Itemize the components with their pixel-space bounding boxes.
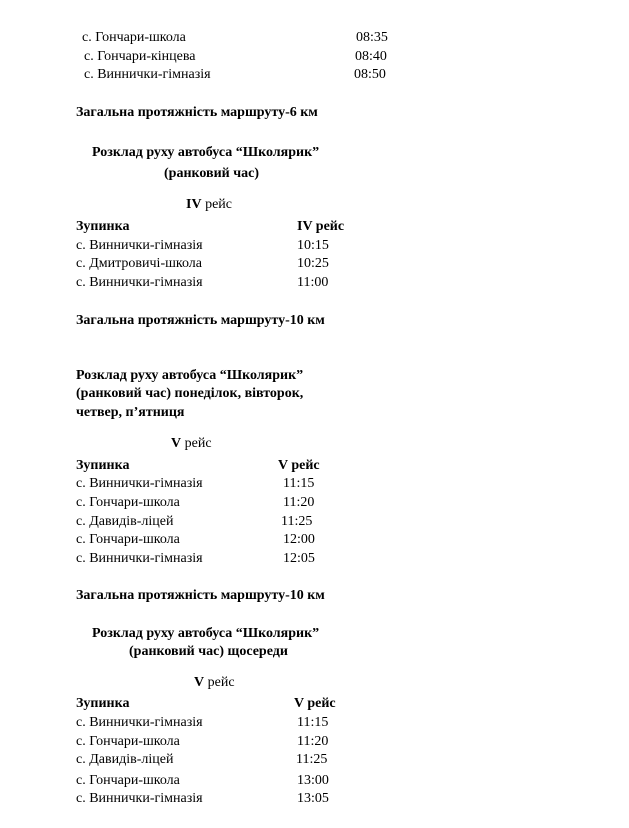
stop-time: 11:15 bbox=[297, 715, 328, 731]
stop-name: с. Давидів-ліцей bbox=[76, 514, 173, 530]
route-length: Загальна протяжність маршруту-10 км bbox=[76, 588, 325, 604]
stop-name: с. Гончари-школа bbox=[76, 734, 180, 750]
route-length: Загальна протяжність маршруту-10 км bbox=[76, 313, 325, 329]
stop-name: с. Гончари-школа bbox=[76, 532, 180, 548]
stop-name: с. Виннички-гімназія bbox=[76, 238, 203, 254]
stop-name: с. Давидів-ліцей bbox=[76, 752, 173, 768]
stop-time: 11:25 bbox=[281, 514, 312, 530]
stop-name: с. Виннички-гімназія bbox=[76, 715, 203, 731]
stop-name: с. Гончари-школа bbox=[82, 30, 186, 46]
column-header-stop: Зупинка bbox=[76, 458, 129, 474]
stop-name: с. Виннички-гімназія bbox=[76, 791, 203, 807]
trip-label: V рейс bbox=[194, 675, 235, 691]
section-title: Розклад руху автобуса “Школярик” bbox=[92, 626, 319, 642]
stop-name: с. Виннички-гімназія bbox=[76, 551, 203, 567]
stop-time: 12:00 bbox=[283, 532, 315, 548]
section-subtitle: (ранковий час) щосереди bbox=[129, 644, 288, 660]
stop-time: 11:20 bbox=[297, 734, 328, 750]
stop-time: 11:20 bbox=[283, 495, 314, 511]
stop-time: 10:25 bbox=[297, 256, 329, 272]
trip-label: IV рейс bbox=[186, 197, 232, 213]
stop-name: с. Гончари-школа bbox=[76, 495, 180, 511]
section-subtitle: (ранковий час) bbox=[164, 166, 259, 182]
stop-name: с. Гончари-кінцева bbox=[84, 49, 196, 65]
stop-time: 11:25 bbox=[296, 752, 327, 768]
stop-time: 11:00 bbox=[297, 275, 328, 291]
section-subtitle: (ранковий час) понеділок, вівторок, bbox=[76, 386, 303, 402]
stop-time: 12:05 bbox=[283, 551, 315, 567]
stop-time: 11:15 bbox=[283, 476, 314, 492]
section-subtitle: четвер, п’ятниця bbox=[76, 405, 185, 421]
section-title: Розклад руху автобуса “Школярик” bbox=[76, 368, 303, 384]
column-header-stop: Зупинка bbox=[76, 696, 129, 712]
stop-time: 08:40 bbox=[355, 49, 387, 65]
section-title: Розклад руху автобуса “Школярик” bbox=[92, 145, 319, 161]
column-header-trip: IV рейс bbox=[297, 219, 344, 235]
stop-time: 13:05 bbox=[297, 791, 329, 807]
stop-time: 08:50 bbox=[354, 67, 386, 83]
column-header-trip: V рейс bbox=[294, 696, 336, 712]
stop-name: с. Дмитровичі-школа bbox=[76, 256, 202, 272]
stop-name: с. Виннички-гімназія bbox=[76, 476, 203, 492]
stop-time: 10:15 bbox=[297, 238, 329, 254]
column-header-trip: V рейс bbox=[278, 458, 320, 474]
column-header-stop: Зупинка bbox=[76, 219, 129, 235]
stop-time: 13:00 bbox=[297, 773, 329, 789]
stop-name: с. Гончари-школа bbox=[76, 773, 180, 789]
route-length: Загальна протяжність маршруту-6 км bbox=[76, 105, 318, 121]
trip-label: V рейс bbox=[171, 436, 212, 452]
stop-name: с. Виннички-гімназія bbox=[84, 67, 211, 83]
stop-name: с. Виннички-гімназія bbox=[76, 275, 203, 291]
stop-time: 08:35 bbox=[356, 30, 388, 46]
